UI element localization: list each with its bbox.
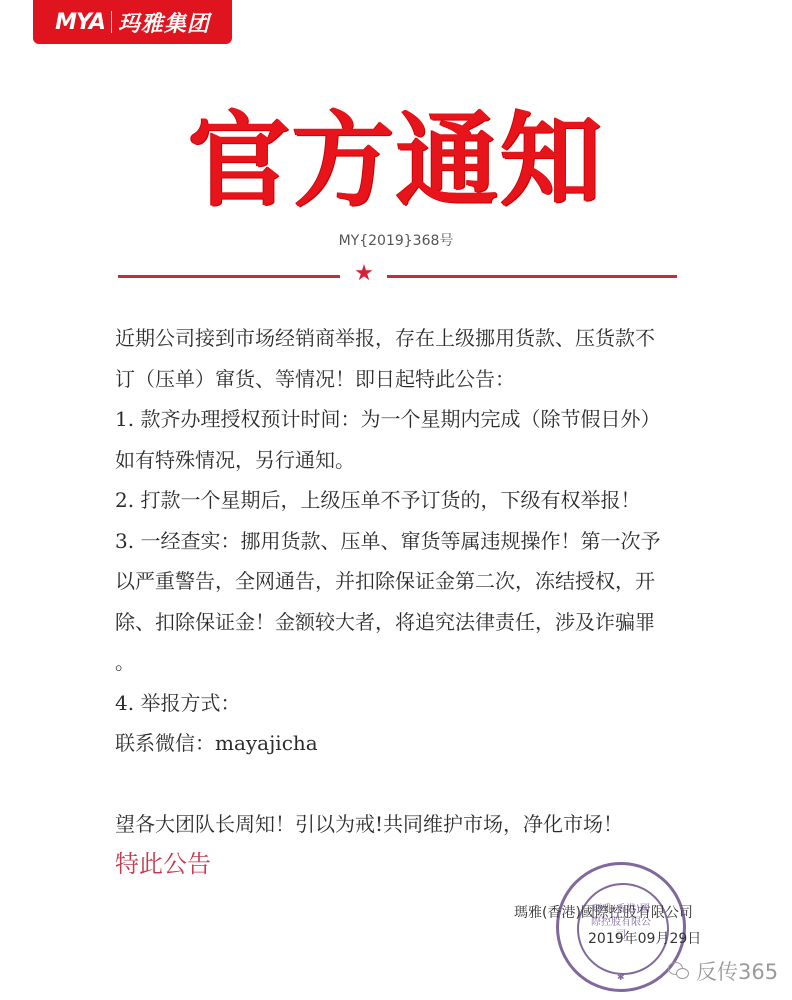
notice-title: 官方通知 — [0, 102, 792, 222]
logo-text-en: MYA — [55, 10, 105, 35]
watermark-text: 反传365 — [696, 956, 778, 986]
body-line: 近期公司接到市场经销商举报，存在上级挪用货款、压货款不 — [115, 318, 695, 359]
logo-divider — [111, 11, 112, 33]
signature-company: 瑪雅(香港)國際控股有限公司 — [514, 902, 693, 922]
logo-text-cn: 玛雅集团 — [118, 7, 210, 38]
star-icon: ★ — [352, 262, 376, 286]
wechat-icon — [668, 962, 690, 980]
brand-logo: MYA 玛雅集团 — [33, 0, 232, 44]
company-seal: 瑪雅(香港)國際控股有限公司 ✱ — [556, 862, 686, 992]
body-line: 3. 一经查实：挪用货款、压单、窜货等属违规操作！第一次予 — [115, 521, 695, 562]
body-line: 以严重警告，全网通告，并扣除保证金第二次，冻结授权，开 — [115, 561, 695, 602]
body-line: 订（压单）窜货、等情况！即日起特此公告： — [115, 359, 695, 400]
body-line: 2. 打款一个星期后，上级压单不予订货的，下级有权举报！ — [115, 480, 695, 521]
contact-line: 联系微信：mayajicha — [115, 723, 695, 764]
divider-right — [387, 275, 677, 278]
divider-left — [118, 275, 340, 278]
body-line: 1. 款齐办理授权预计时间：为一个星期内完成（除节假日外） — [115, 399, 695, 440]
signature-date: 2019年09月29日 — [588, 928, 701, 948]
notice-body: 近期公司接到市场经销商举报，存在上级挪用货款、压货款不 订（压单）窜货、等情况！… — [115, 318, 695, 885]
seal-star-icon: ✱ — [617, 973, 625, 983]
spacer — [115, 764, 695, 804]
watermark: 反传365 — [668, 956, 778, 986]
appeal-line: 望各大团队长周知！引以为戒!共同维护市场，净化市场！ — [115, 804, 695, 845]
body-line: 如有特殊情况，另行通知。 — [115, 440, 695, 481]
body-line: 4. 举报方式： — [115, 683, 695, 724]
body-line: 。 — [115, 642, 695, 683]
document-number: MY{2019}368号 — [0, 230, 792, 250]
body-line: 除、扣除保证金！金额较大者，将追究法律责任，涉及诈骗罪 — [115, 602, 695, 643]
